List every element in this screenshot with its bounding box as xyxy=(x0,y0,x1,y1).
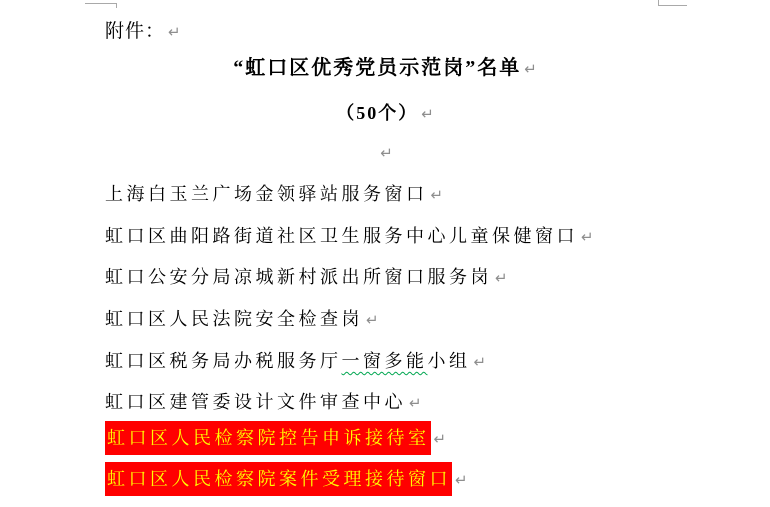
list-item: 虹口区建管委设计文件审查中心↵ xyxy=(105,391,422,414)
list-item-text-segment: 虹口区人民检察院案件受理接待窗口 xyxy=(107,469,451,489)
list-item-text: 虹口区曲阳路街道社区卫生服务中心儿童保健窗口 xyxy=(105,226,578,246)
list-item: 虹口区人民检察院案件受理接待窗口↵ xyxy=(105,462,468,496)
attachment-line: 附件：↵ xyxy=(105,16,181,43)
paragraph-mark-icon: ↵ xyxy=(495,269,508,287)
document-title: “虹口区优秀党员示范岗”名单 xyxy=(233,57,521,79)
list-item: 虹口区税务局办税服务厅一窗多能小组↵ xyxy=(105,350,486,373)
subtitle-line: （50个）↵ xyxy=(0,99,770,125)
list-item-text-segment: 上海白玉兰广场金领驿站服务窗口 xyxy=(105,184,428,204)
list-item-text-segment: 虹口公安分局凉城新村派出所窗口服务岗 xyxy=(105,267,492,287)
list-item: 虹口区曲阳路街道社区卫生服务中心儿童保健窗口↵ xyxy=(105,225,594,248)
list-item-text: 虹口区建管委设计文件审查中心 xyxy=(105,392,406,412)
paragraph-mark-icon: ↵ xyxy=(168,23,181,41)
paragraph-mark-icon: ↵ xyxy=(366,311,379,329)
list-item-text: 上海白玉兰广场金领驿站服务窗口 xyxy=(105,184,428,204)
margin-crop-mark-top-right-icon xyxy=(658,0,687,6)
spellcheck-underlined-text: 一窗多能 xyxy=(342,351,428,371)
list-item: 虹口区人民法院安全检查岗↵ xyxy=(105,308,379,331)
list-item-text: 虹口公安分局凉城新村派出所窗口服务岗 xyxy=(105,267,492,287)
list-item-text: 虹口区人民法院安全检查岗 xyxy=(105,309,363,329)
paragraph-mark-icon: ↵ xyxy=(421,105,434,123)
list-item: 虹口区人民检察院控告申诉接待室↵ xyxy=(105,421,446,455)
paragraph-mark-icon: ↵ xyxy=(431,186,444,204)
list-item-text: 虹口区税务局办税服务厅一窗多能小组 xyxy=(105,351,471,371)
list-item-text-segment: 虹口区人民法院安全检查岗 xyxy=(105,309,363,329)
list-item-text: 虹口区人民检察院案件受理接待窗口 xyxy=(105,462,452,496)
list-item-text-segment: 虹口区人民检察院控告申诉接待室 xyxy=(107,428,430,448)
margin-crop-mark-top-left-icon xyxy=(85,3,117,8)
list-item-text-segment: 虹口区税务局办税服务厅 xyxy=(105,351,342,371)
list-item-text-segment: 虹口区建管委设计文件审查中心 xyxy=(105,392,406,412)
list-item: 上海白玉兰广场金领驿站服务窗口↵ xyxy=(105,183,443,206)
list-item-text-segment: 虹口区曲阳路街道社区卫生服务中心儿童保健窗口 xyxy=(105,226,578,246)
list-item-text-segment: 小组 xyxy=(428,351,471,371)
paragraph-mark-icon: ↵ xyxy=(434,430,447,448)
paragraph-mark-icon: ↵ xyxy=(581,228,594,246)
list-item: 虹口公安分局凉城新村派出所窗口服务岗↵ xyxy=(105,266,508,289)
paragraph-mark-icon: ↵ xyxy=(409,394,422,412)
title-line: “虹口区优秀党员示范岗”名单↵ xyxy=(0,51,770,80)
attachment-label: 附件： xyxy=(105,21,165,42)
document-subtitle: （50个） xyxy=(336,103,418,123)
document-page: 附件：↵ “虹口区优秀党员示范岗”名单↵ （50个）↵ ↵ 上海白玉兰广场金领驿… xyxy=(0,0,770,507)
paragraph-mark-icon: ↵ xyxy=(524,60,537,78)
paragraph-mark-icon: ↵ xyxy=(474,353,487,371)
paragraph-mark-icon: ↵ xyxy=(380,144,393,162)
empty-paragraph-line: ↵ xyxy=(0,144,770,163)
list-item-text: 虹口区人民检察院控告申诉接待室 xyxy=(105,421,431,455)
paragraph-mark-icon: ↵ xyxy=(455,471,468,489)
